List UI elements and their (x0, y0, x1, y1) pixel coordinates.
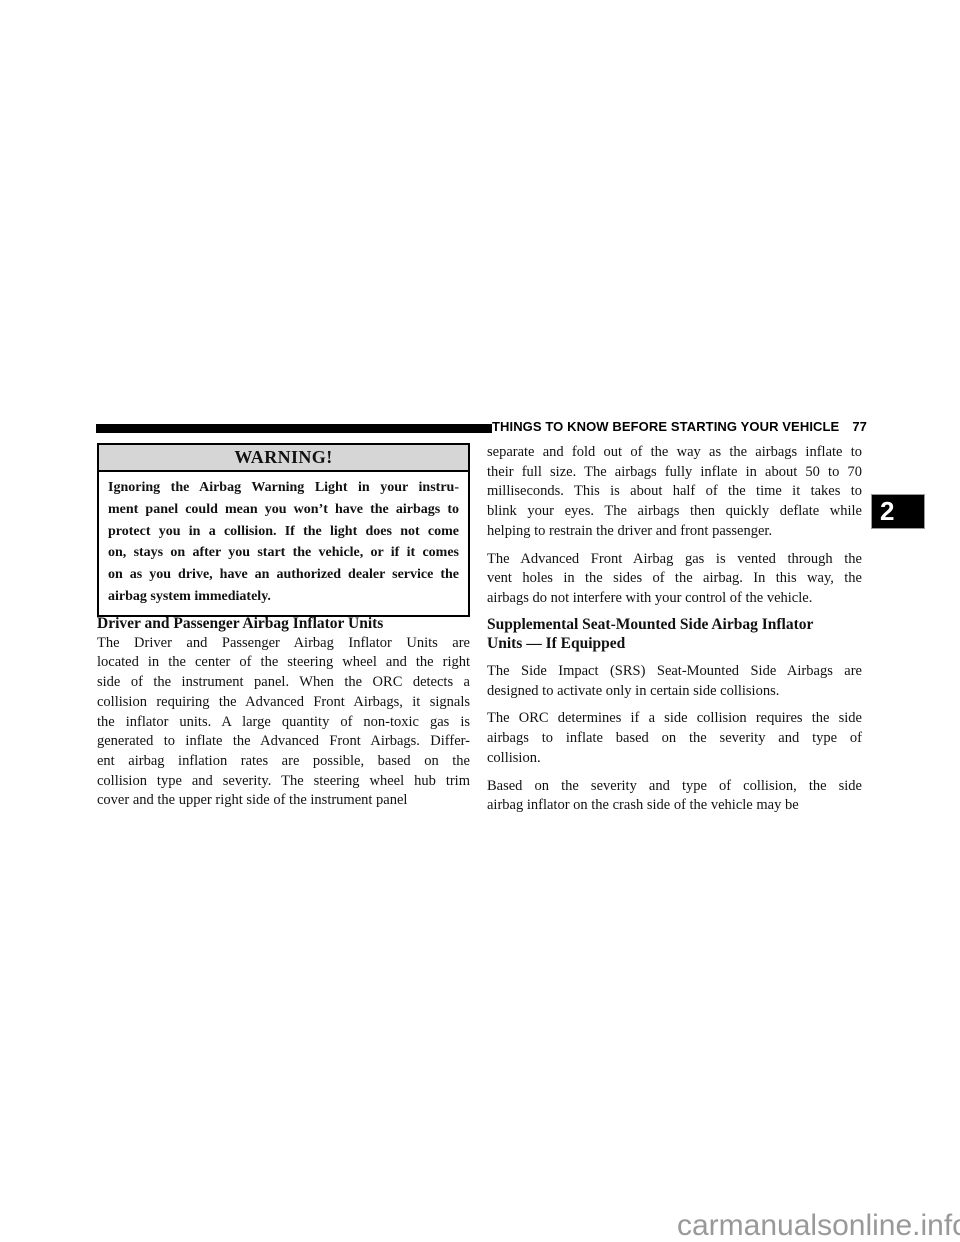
section-heading: Driver and Passenger Airbag Inflator Uni… (97, 614, 470, 634)
right-column: separate and fold out of the way as the … (487, 443, 862, 816)
watermark: carmanualsonline.info (677, 1209, 960, 1242)
text-line: The Side Impact (SRS) Seat-Mounted Side … (487, 662, 862, 682)
text-line: blink your eyes. The airbags then quickl… (487, 502, 862, 522)
text-line: protect you in a collision. If the light… (108, 521, 459, 543)
text-line: Supplemental Seat-Mounted Side Airbag In… (487, 615, 862, 635)
text-line: Units — If Equipped (487, 634, 862, 654)
text-line: The Driver and Passenger Airbag Inflator… (97, 634, 470, 654)
paragraph: The Side Impact (SRS) Seat-Mounted Side … (487, 662, 862, 701)
chapter-tab: 2 (871, 494, 925, 529)
text-line: on, stays on after you start the vehicle… (108, 542, 459, 564)
text-line: Based on the severity and type of collis… (487, 777, 862, 797)
left-column: Driver and Passenger Airbag Inflator Uni… (97, 614, 470, 811)
text-line: on as you drive, have an authorized deal… (108, 564, 459, 586)
chapter-title: THINGS TO KNOW BEFORE STARTING YOUR VEHI… (492, 419, 839, 434)
text-line: generated to inflate the Advanced Front … (97, 732, 470, 752)
text-line: ment panel could mean you won’t have the… (108, 499, 459, 521)
text-line: vent holes in the sides of the airbag. I… (487, 569, 862, 589)
text-line: the inflator units. A large quantity of … (97, 713, 470, 733)
text-line: ent airbag inflation rates are possible,… (97, 752, 470, 772)
paragraph: The Advanced Front Airbag gas is vented … (487, 550, 862, 609)
paragraph: Based on the severity and type of collis… (487, 777, 862, 816)
text-line: collision requiring the Advanced Front A… (97, 693, 470, 713)
text-line: airbags do not interfere with your contr… (487, 589, 862, 609)
text-line: airbag system immediately. (108, 586, 459, 608)
text-line: milliseconds. This is about half of the … (487, 482, 862, 502)
text-line: Ignoring the Airbag Warning Light in you… (108, 477, 459, 499)
page-header: THINGS TO KNOW BEFORE STARTING YOUR VEHI… (420, 419, 867, 435)
text-line: designed to activate only in certain sid… (487, 682, 862, 702)
text-line: helping to restrain the driver and front… (487, 522, 862, 542)
text-line: located in the center of the steering wh… (97, 653, 470, 673)
paragraph: The Driver and Passenger Airbag Inflator… (97, 634, 470, 811)
section-heading: Supplemental Seat-Mounted Side Airbag In… (487, 615, 862, 654)
text-line: their full size. The airbags fully infla… (487, 463, 862, 483)
text-line: The Advanced Front Airbag gas is vented … (487, 550, 862, 570)
manual-page: THINGS TO KNOW BEFORE STARTING YOUR VEHI… (0, 0, 960, 1242)
text-line: collision type and severity. The steerin… (97, 772, 470, 792)
warning-body: Ignoring the Airbag Warning Light in you… (99, 472, 468, 615)
warning-title: WARNING! (99, 445, 468, 472)
text-line: separate and fold out of the way as the … (487, 443, 862, 463)
text-line: collision. (487, 749, 862, 769)
text-line: side of the instrument panel. When the O… (97, 673, 470, 693)
warning-box: WARNING! Ignoring the Airbag Warning Lig… (97, 443, 470, 617)
paragraph: separate and fold out of the way as the … (487, 443, 862, 542)
page-number: 77 (852, 419, 867, 434)
text-line: The ORC determines if a side collision r… (487, 709, 862, 729)
text-line: airbag inflator on the crash side of the… (487, 796, 862, 816)
paragraph: The ORC determines if a side collision r… (487, 709, 862, 768)
chapter-tab-number: 2 (880, 496, 894, 526)
text-line: cover and the upper right side of the in… (97, 791, 470, 811)
text-line: airbags to inflate based on the severity… (487, 729, 862, 749)
